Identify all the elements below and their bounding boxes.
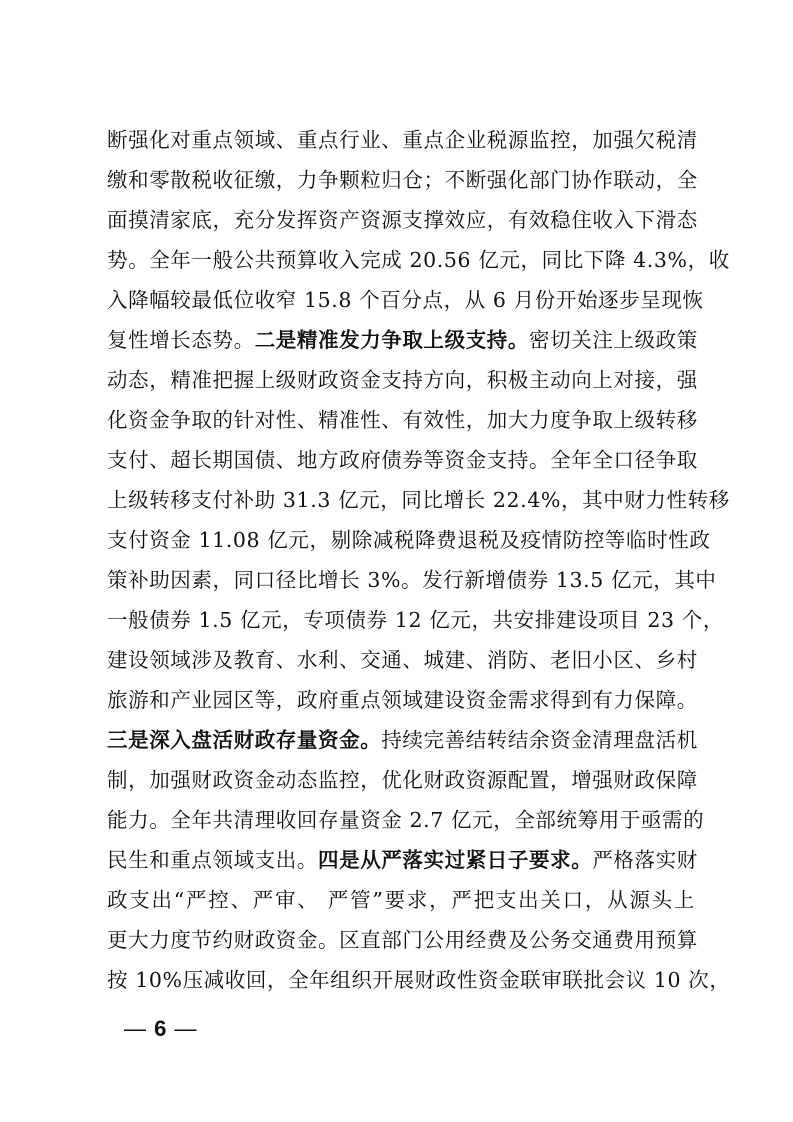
text-segment: 复性增长态势。	[107, 328, 255, 352]
text-line: 按 10%压减收回，全年组织开展财政性资金联审联批会议 10 次，	[107, 960, 695, 1000]
text-segment: 密切关注上级政策	[529, 328, 698, 352]
text-line: 复性增长态势。二是精准发力争取上级支持。密切关注上级政策	[107, 320, 695, 360]
page-footer: — 6 —	[124, 1016, 198, 1042]
text-segment: 严格落实财	[592, 848, 698, 872]
document-page: 断强化对重点领域、重点行业、重点企业税源监控，加强欠税清缴和零散税收征缴，力争颗…	[0, 0, 793, 1122]
text-line: 断强化对重点领域、重点行业、重点企业税源监控，加强欠税清	[107, 120, 695, 160]
bold-heading: 三是深入盘活财政存量资金。	[107, 728, 381, 752]
text-line: 入降幅较最低位收窄 15.8 个百分点，从 6 月份开始逐步呈现恢	[107, 280, 695, 320]
text-segment: 势。全年一般公共预算收入完成 20.56 亿元，同比下降 4.3%，收	[107, 248, 730, 272]
text-line: 动态，精准把握上级财政资金支持方向，积极主动向上对接，强	[107, 360, 695, 400]
text-segment: 按 10%压减收回，全年组织开展财政性资金联审联批会议 10 次，	[107, 968, 731, 992]
text-segment: 建设领域涉及教育、水利、交通、城建、消防、老旧小区、乡村	[107, 648, 698, 672]
text-line: 一般债券 1.5 亿元，专项债券 12 亿元，共安排建设项目 23 个，	[107, 600, 695, 640]
text-segment: 政支出“严控、严审、 严管”要求，严把支出关口，从源头上	[107, 888, 695, 912]
text-line: 能力。全年共清理收回存量资金 2.7 亿元，全部统筹用于亟需的	[107, 800, 695, 840]
text-line: 势。全年一般公共预算收入完成 20.56 亿元，同比下降 4.3%，收	[107, 240, 695, 280]
text-line: 面摸清家底，充分发挥资产资源支撑效应，有效稳住收入下滑态	[107, 200, 695, 240]
text-segment: 支付资金 11.08 亿元，剔除减税降费退税及疫情防控等临时性政	[107, 528, 710, 552]
text-segment: 民生和重点领域支出。	[107, 848, 318, 872]
text-line: 策补助因素，同口径比增长 3%。发行新增债券 13.5 亿元，其中	[107, 560, 695, 600]
text-segment: 面摸清家底，充分发挥资产资源支撑效应，有效稳住收入下滑态	[107, 208, 698, 232]
text-segment: 化资金争取的针对性、精准性、有效性，加大力度争取上级转移	[107, 408, 698, 432]
text-segment: 支付、超长期国债、地方政府债券等资金支持。全年全口径争取	[107, 448, 698, 472]
page-number: 6	[154, 1016, 167, 1041]
bold-heading: 四是从严落实过紧日子要求。	[318, 848, 592, 872]
text-segment: 入降幅较最低位收窄 15.8 个百分点，从 6 月份开始逐步呈现恢	[107, 288, 704, 312]
text-segment: 策补助因素，同口径比增长 3%。发行新增债券 13.5 亿元，其中	[107, 568, 717, 592]
text-line: 旅游和产业园区等，政府重点领域建设资金需求得到有力保障。	[107, 680, 695, 720]
text-line: 三是深入盘活财政存量资金。持续完善结转结余资金清理盘活机	[107, 720, 695, 760]
text-line: 化资金争取的针对性、精准性、有效性，加大力度争取上级转移	[107, 400, 695, 440]
text-segment: 一般债券 1.5 亿元，专项债券 12 亿元，共安排建设项目 23 个，	[107, 608, 724, 632]
text-segment: 持续完善结转结余资金清理盘活机	[381, 728, 698, 752]
text-segment: 缴和零散税收征缴，力争颗粒归仓；不断强化部门协作联动，全	[107, 168, 698, 192]
text-line: 制，加强财政资金动态监控，优化财政资源配置，增强财政保障	[107, 760, 695, 800]
text-line: 上级转移支付补助 31.3 亿元，同比增长 22.4%，其中财力性转移	[107, 480, 695, 520]
text-line: 建设领域涉及教育、水利、交通、城建、消防、老旧小区、乡村	[107, 640, 695, 680]
text-line: 民生和重点领域支出。四是从严落实过紧日子要求。严格落实财	[107, 840, 695, 880]
text-line: 缴和零散税收征缴，力争颗粒归仓；不断强化部门协作联动，全	[107, 160, 695, 200]
text-line: 政支出“严控、严审、 严管”要求，严把支出关口，从源头上	[107, 880, 695, 920]
text-line: 支付、超长期国债、地方政府债券等资金支持。全年全口径争取	[107, 440, 695, 480]
text-segment: 断强化对重点领域、重点行业、重点企业税源监控，加强欠税清	[107, 128, 698, 152]
footer-dash-left: —	[124, 1016, 147, 1041]
text-line: 更大力度节约财政资金。区直部门公用经费及公务交通费用预算	[107, 920, 695, 960]
text-segment: 更大力度节约财政资金。区直部门公用经费及公务交通费用预算	[107, 928, 698, 952]
body-paragraph: 断强化对重点领域、重点行业、重点企业税源监控，加强欠税清缴和零散税收征缴，力争颗…	[107, 120, 695, 1000]
text-segment: 制，加强财政资金动态监控，优化财政资源配置，增强财政保障	[107, 768, 698, 792]
text-line: 支付资金 11.08 亿元，剔除减税降费退税及疫情防控等临时性政	[107, 520, 695, 560]
footer-dash-right: —	[175, 1016, 198, 1041]
text-segment: 能力。全年共清理收回存量资金 2.7 亿元，全部统筹用于亟需的	[107, 808, 704, 832]
text-segment: 上级转移支付补助 31.3 亿元，同比增长 22.4%，其中财力性转移	[107, 488, 730, 512]
bold-heading: 二是精准发力争取上级支持。	[255, 328, 529, 352]
text-segment: 动态，精准把握上级财政资金支持方向，积极主动向上对接，强	[107, 368, 698, 392]
text-segment: 旅游和产业园区等，政府重点领域建设资金需求得到有力保障。	[107, 688, 698, 712]
